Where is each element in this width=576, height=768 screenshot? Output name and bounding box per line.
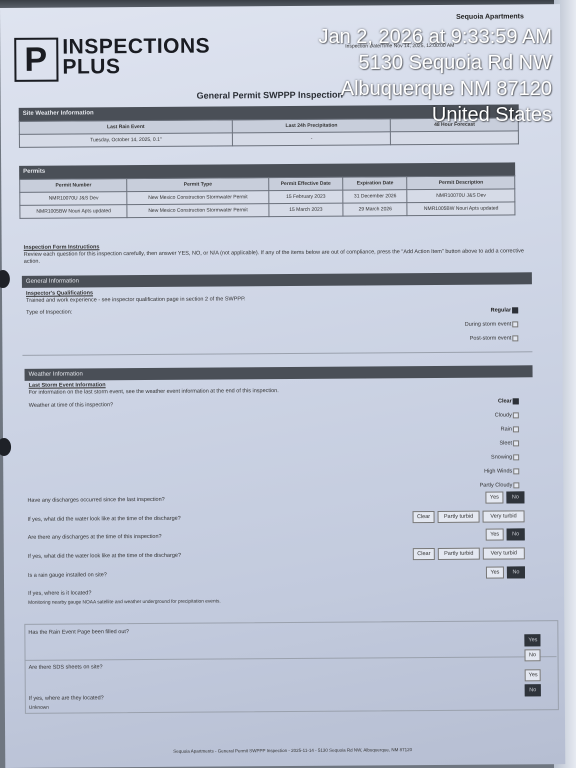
option-label: Post-storm event <box>470 335 512 341</box>
overlay-city: Albuquerque NM 87120 <box>318 76 552 102</box>
question-label: Are there SDS sheets on site? <box>29 664 103 672</box>
instructions-body: Review each question for this inspection… <box>24 248 534 266</box>
overlay-street: 5130 Sequoia Rd NW <box>318 50 552 76</box>
instructions-block: Inspection Form Instructions Review each… <box>24 241 534 266</box>
table-cell: 31 December 2026 <box>343 190 407 203</box>
option-during-storm-event[interactable]: During storm event <box>465 321 519 327</box>
type-of-inspection-label: Type of Inspection: <box>26 310 72 317</box>
option-button-yes[interactable]: Yes <box>486 528 504 540</box>
question-label: Is a rain gauge installed on site? <box>28 572 107 580</box>
binder-hole <box>0 270 10 288</box>
option-button-no[interactable]: No <box>525 684 541 696</box>
option-label: Cloudy <box>495 412 512 418</box>
option-button-partly-turbid[interactable]: Partly turbid <box>438 548 480 560</box>
overlay-timestamp: Jan 2, 2026 at 9:33:59 AM <box>318 24 552 50</box>
table-cell: NMR1005BW Nouri Apts updated <box>20 205 128 219</box>
option-button-yes[interactable]: Yes <box>524 634 540 646</box>
option-sleet[interactable]: Sleet <box>499 440 519 446</box>
table-cell: 15 February 2023 <box>269 190 344 204</box>
site-name: Sequoia Apartments <box>456 13 524 20</box>
option-cloudy[interactable]: Cloudy <box>495 412 519 418</box>
option-button-no[interactable]: No <box>507 528 525 540</box>
table-cell: NMR1005BW Nouri Apts updated <box>407 202 515 216</box>
qualifications-body: Trained and work experience - see inspec… <box>26 295 406 305</box>
table-cell: NMR10070U J&S Dev <box>407 189 515 203</box>
table-cell <box>391 131 519 145</box>
option-label: Snowing <box>491 454 512 460</box>
question-label: Are there any discharges at the time of … <box>28 534 162 542</box>
option-button-no[interactable]: No <box>506 491 524 503</box>
question-label: If yes, where is it located? <box>28 590 91 597</box>
question-label: If yes, what did the water look like at … <box>28 553 181 561</box>
checkbox-icon[interactable] <box>513 440 519 446</box>
divider <box>22 351 532 356</box>
option-button-clear[interactable]: Clear <box>413 548 435 560</box>
question-label: Have any discharges occurred since the l… <box>27 497 164 505</box>
option-label: Sleet <box>499 440 512 446</box>
checked-checkbox-icon[interactable] <box>513 398 519 404</box>
question-answer: Monitoring nearby gauge NOAA satellite a… <box>28 598 221 606</box>
option-button-very-turbid[interactable]: Very turbid <box>483 547 525 559</box>
option-button-no[interactable]: No <box>507 566 525 578</box>
option-label: Rain <box>501 426 512 432</box>
option-button-partly-turbid[interactable]: Partly turbid <box>438 511 480 523</box>
option-rain[interactable]: Rain <box>501 426 519 432</box>
option-clear[interactable]: Clear <box>498 398 519 404</box>
option-snowing[interactable]: Snowing <box>491 454 519 460</box>
option-button-very-turbid[interactable]: Very turbid <box>483 510 525 522</box>
table-cell: Tuesday, October 14, 2025, 0.1" <box>19 133 232 147</box>
option-label: Clear <box>498 398 512 404</box>
column-header: Permit Number <box>20 179 128 193</box>
column-header: Expiration Date <box>343 177 407 190</box>
question-label: Has the Rain Event Page been filled out? <box>28 629 129 637</box>
checkbox-icon[interactable] <box>513 454 519 460</box>
checkbox-icon[interactable] <box>513 482 519 488</box>
permits-table: Permit NumberPermit TypePermit Effective… <box>19 175 515 218</box>
checkbox-icon[interactable] <box>512 335 518 341</box>
option-partly-cloudy[interactable]: Partly Cloudy <box>480 482 520 488</box>
table-cell: New Mexico Construction Stormwater Permi… <box>127 191 268 205</box>
table-cell: - <box>232 132 391 146</box>
inspector-qualifications: Inspector's Qualifications Trained and w… <box>26 288 406 305</box>
option-button-clear[interactable]: Clear <box>413 511 435 523</box>
table-cell: NMR10070U J&S Dev <box>20 192 128 206</box>
table-row: NMR1005BW Nouri Apts updatedNew Mexico C… <box>20 202 515 218</box>
question-label: If yes, what did the water look like at … <box>28 516 181 524</box>
photo-timestamp-overlay: Jan 2, 2026 at 9:33:59 AM 5130 Sequoia R… <box>318 24 552 128</box>
option-button-yes[interactable]: Yes <box>525 669 541 681</box>
storm-body: For information on the last storm event,… <box>29 387 429 397</box>
option-button-yes[interactable]: Yes <box>486 566 504 578</box>
table-cell: New Mexico Construction Stormwater Permi… <box>127 204 268 218</box>
option-label: High Winds <box>484 468 512 474</box>
table-cell: 29 March 2026 <box>343 203 407 216</box>
table-cell: 15 March 2023 <box>269 203 344 217</box>
checked-checkbox-icon[interactable] <box>512 307 518 313</box>
checkbox-icon[interactable] <box>513 468 519 474</box>
table-row: Tuesday, October 14, 2025, 0.1"- <box>19 131 518 147</box>
last-storm-event-info: Last Storm Event Information For informa… <box>29 380 429 397</box>
option-button-yes[interactable]: Yes <box>485 491 503 503</box>
logo-glyph: P <box>24 40 47 80</box>
logo-text: INSPECTIONS PLUS <box>62 37 210 78</box>
option-label: During storm event <box>465 321 512 327</box>
option-post-storm-event[interactable]: Post-storm event <box>470 335 519 341</box>
question-label: If yes, where are they located? <box>29 695 104 703</box>
column-header: Permit Type <box>127 178 268 192</box>
option-label: Regular <box>491 307 512 313</box>
section-header-weather-information: Weather Information <box>25 365 533 381</box>
section-header-general-information: General Information <box>22 272 532 288</box>
option-high-winds[interactable]: High Winds <box>484 468 519 474</box>
checkbox-icon[interactable] <box>512 321 518 327</box>
logo-icon: P <box>14 38 58 82</box>
overlay-country: United States <box>318 102 552 128</box>
checkbox-icon[interactable] <box>513 426 519 432</box>
page-footer: Sequoia Apartments - General Permit SWPP… <box>173 747 412 754</box>
weather-question-label: Weather at time of this inspection? <box>29 402 113 410</box>
binder-hole <box>0 438 11 456</box>
option-label: Partly Cloudy <box>480 482 513 488</box>
question-answer: Unknown <box>29 705 49 712</box>
column-header: Permit Description <box>407 176 515 190</box>
logo-line2: PLUS <box>62 57 210 78</box>
option-button-no[interactable]: No <box>524 649 540 661</box>
checkbox-icon[interactable] <box>513 412 519 418</box>
option-regular[interactable]: Regular <box>491 307 519 313</box>
column-header: Permit Effective Date <box>268 177 343 191</box>
